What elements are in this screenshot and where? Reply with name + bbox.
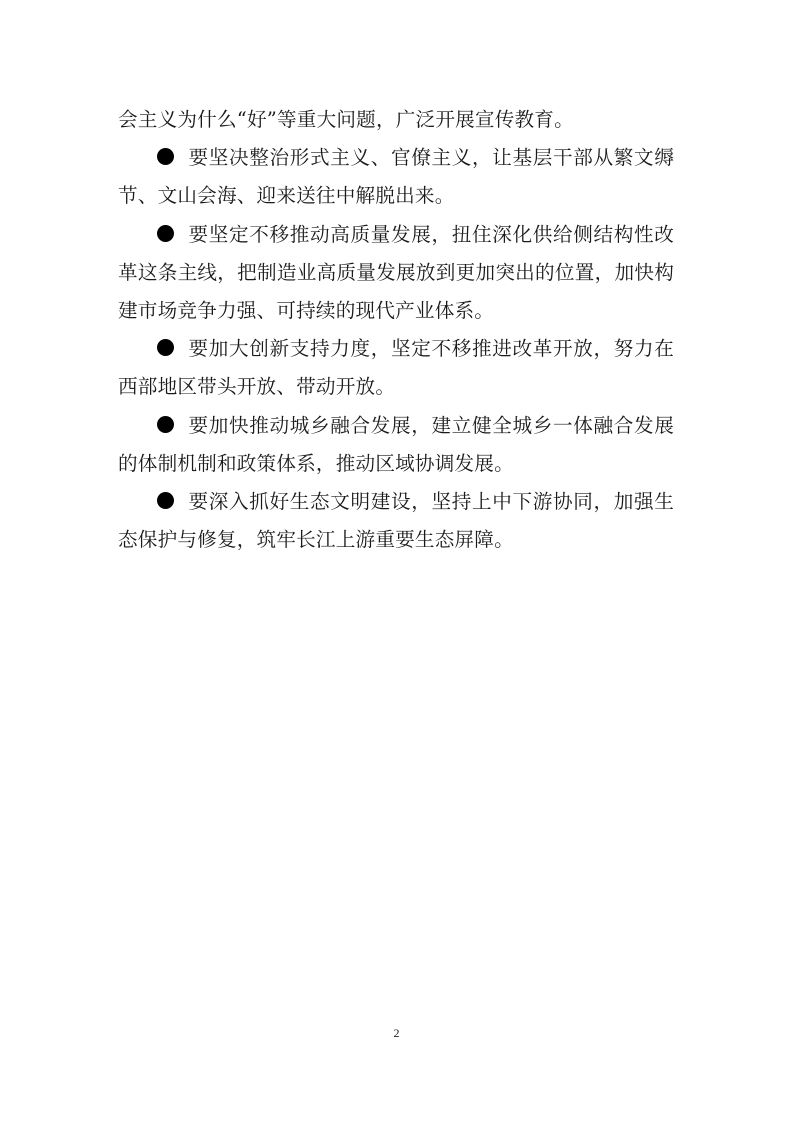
bullet-paragraph: 要坚定不移推动高质量发展，扭住深化供给侧结构性改革这条主线，把制造业高质量发展放… — [118, 216, 674, 331]
bullet-paragraph: 要加大创新支持力度，坚定不移推进改革开放，努力在西部地区带头开放、带动开放。 — [118, 330, 674, 406]
bullet-text: 要加大创新支持力度，坚定不移推进改革开放，努力在西部地区带头开放、带动开放。 — [118, 337, 674, 398]
filled-circle-bullet-icon — [157, 148, 174, 165]
bullet-paragraph: 要加快推动城乡融合发展，建立健全城乡一体融合发展的体制机制和政策体系，推动区域协… — [118, 407, 674, 483]
filled-circle-bullet-icon — [157, 225, 174, 242]
bullet-paragraph: 要坚决整治形式主义、官僚主义，让基层干部从繁文缛节、文山会海、迎来送往中解脱出来… — [118, 139, 674, 215]
filled-circle-bullet-icon — [157, 339, 174, 356]
continuation-paragraph: 会主义为什么“好”等重大问题，广泛开展宣传教育。 — [118, 101, 674, 139]
filled-circle-bullet-icon — [157, 416, 174, 433]
bullet-text: 要坚定不移推动高质量发展，扭住深化供给侧结构性改革这条主线，把制造业高质量发展放… — [118, 223, 674, 322]
bullet-text: 要深入抓好生态文明建设，坚持上中下游协同，加强生态保护与修复，筑牢长江上游重要生… — [118, 490, 674, 551]
document-body: 会主义为什么“好”等重大问题，广泛开展宣传教育。 要坚决整治形式主义、官僚主义，… — [118, 101, 674, 559]
bullet-text: 要加快推动城乡融合发展，建立健全城乡一体融合发展的体制机制和政策体系，推动区域协… — [118, 414, 674, 475]
bullet-text: 要坚决整治形式主义、官僚主义，让基层干部从繁文缛节、文山会海、迎来送往中解脱出来… — [118, 146, 674, 207]
bullet-paragraph: 要深入抓好生态文明建设，坚持上中下游协同，加强生态保护与修复，筑牢长江上游重要生… — [118, 483, 674, 559]
filled-circle-bullet-icon — [157, 492, 174, 509]
page-number: 2 — [0, 1026, 793, 1041]
